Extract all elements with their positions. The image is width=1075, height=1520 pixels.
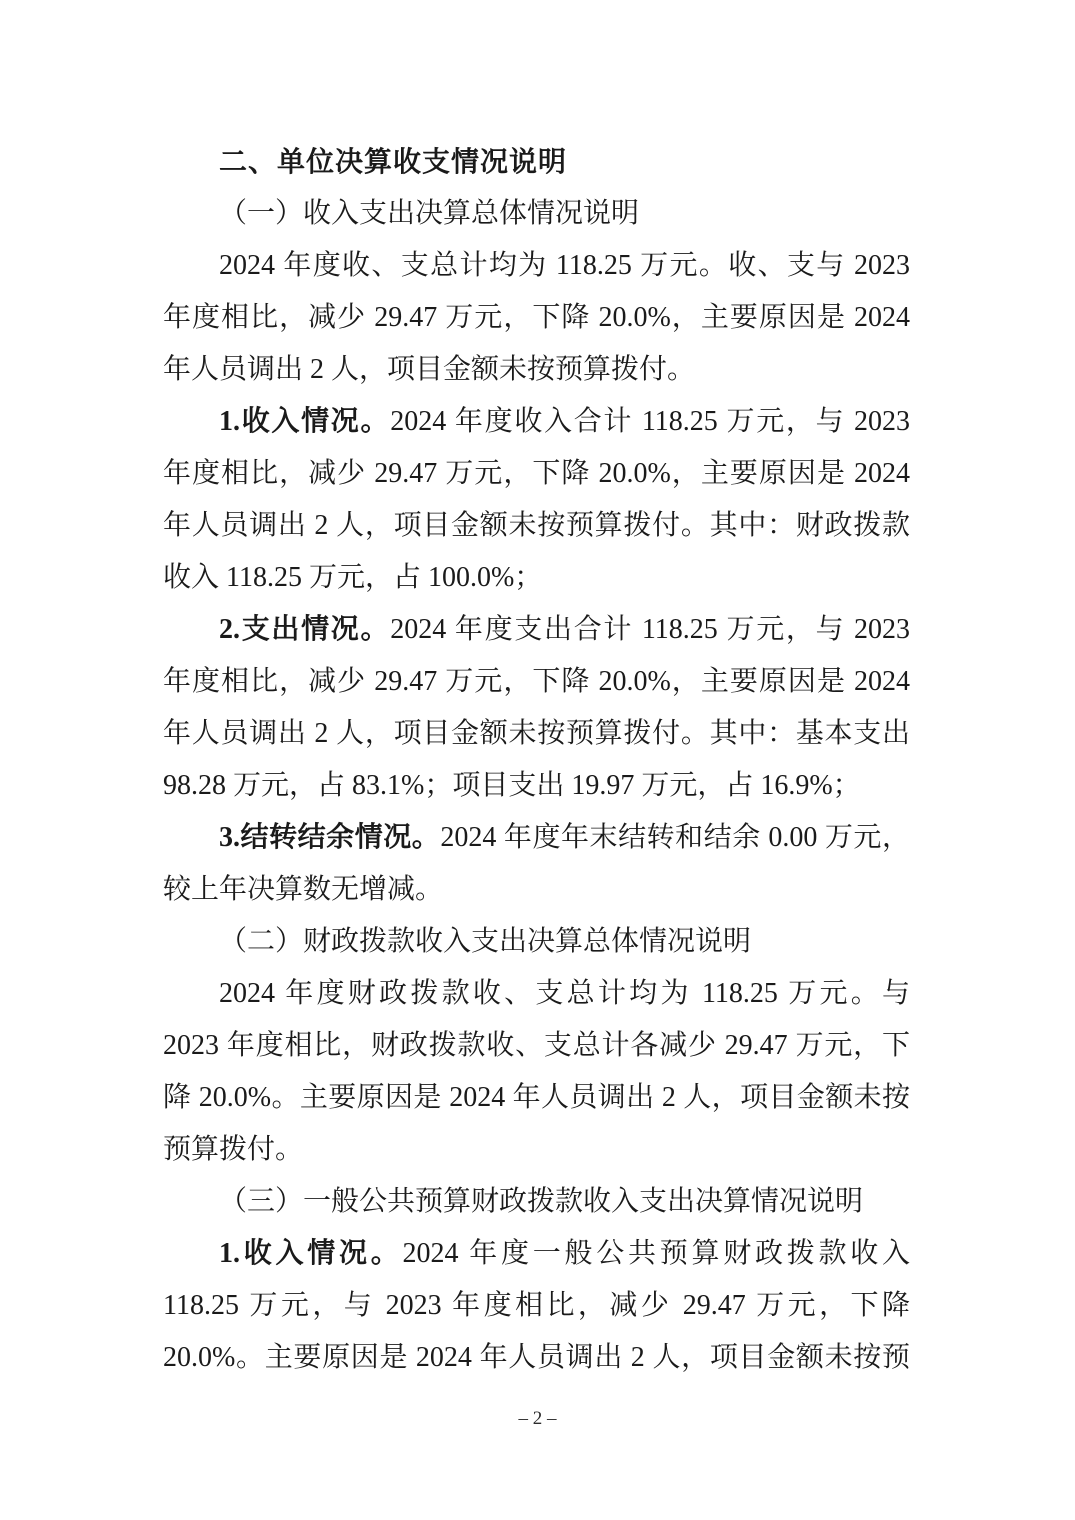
text-run: 年度相比，减少 29.47 万元，下降 20.0%，主要原因是 2024 <box>163 302 910 333</box>
text-line: 2023 年度相比，财政拨款收、支总计各减少 29.47 万元，下 <box>163 1020 910 1072</box>
text-line: （三）一般公共预算财政拨款收入支出决算情况说明 <box>163 1176 910 1228</box>
bold-run: 二、单位决算收支情况说明 <box>219 146 567 177</box>
paragraph: 1.收入情况。2024 年度收入合计 118.25 万元，与 2023年度相比，… <box>163 396 910 604</box>
paragraph: 2024 年度财政拨款收、支总计均为 118.25 万元。与2023 年度相比，… <box>163 968 910 1176</box>
text-run: 98.28 万元，占 83.1%；项目支出 19.97 万元，占 16.9%； <box>163 770 861 801</box>
text-run: 年度相比，减少 29.47 万元，下降 20.0%，主要原因是 2024 <box>163 666 910 697</box>
text-run: 年人员调出 2 人，项目金额未按预算拨付。 <box>163 354 695 385</box>
text-run: 年度相比，减少 29.47 万元，下降 20.0%，主要原因是 2024 <box>163 458 910 489</box>
bold-run: 1.收入情况。 <box>219 1238 403 1269</box>
text-run: 2024 年度支出合计 118.25 万元，与 2023 <box>390 614 910 645</box>
text-run: 20.0%。主要原因是 2024 年人员调出 2 人，项目金额未按预 <box>163 1342 910 1373</box>
sub-heading: （三）一般公共预算财政拨款收入支出决算情况说明 <box>163 1176 910 1228</box>
paragraph: 2.支出情况。2024 年度支出合计 118.25 万元，与 2023年度相比，… <box>163 604 910 812</box>
text-line: 收入 118.25 万元，占 100.0%； <box>163 552 910 604</box>
text-run: 2024 年度收、支总计均为 118.25 万元。收、支与 2023 <box>219 250 910 281</box>
text-line: 1.收入情况。2024 年度一般公共预算财政拨款收入 <box>163 1228 910 1280</box>
text-run: （三）一般公共预算财政拨款收入支出决算情况说明 <box>219 1186 863 1217</box>
text-run: 2023 年度相比，财政拨款收、支总计各减少 29.47 万元，下 <box>163 1030 910 1061</box>
text-run: 预算拨付。 <box>163 1134 303 1165</box>
text-line: 98.28 万元，占 83.1%；项目支出 19.97 万元，占 16.9%； <box>163 760 910 812</box>
text-line: 预算拨付。 <box>163 1124 910 1176</box>
paragraph: 2024 年度收、支总计均为 118.25 万元。收、支与 2023年度相比，减… <box>163 240 910 396</box>
text-run: 收入 118.25 万元，占 100.0%； <box>163 562 542 593</box>
text-line: 3.结转结余情况。2024 年度年末结转和结余 0.00 万元， <box>163 812 910 864</box>
sub-heading: （一）收入支出决算总体情况说明 <box>163 188 910 240</box>
text-run: 较上年决算数无增减。 <box>163 874 443 905</box>
page-number: – 2 – <box>0 1404 1075 1434</box>
text-run: 降 20.0%。主要原因是 2024 年人员调出 2 人，项目金额未按 <box>163 1082 910 1113</box>
text-run: 2024 年度一般公共预算财政拨款收入 <box>403 1238 910 1269</box>
text-line: 2024 年度收、支总计均为 118.25 万元。收、支与 2023 <box>163 240 910 292</box>
text-run: 年人员调出 2 人，项目金额未按预算拨付。其中：财政拨款 <box>163 510 910 541</box>
text-line: 1.收入情况。2024 年度收入合计 118.25 万元，与 2023 <box>163 396 910 448</box>
paragraph: 3.结转结余情况。2024 年度年末结转和结余 0.00 万元，较上年决算数无增… <box>163 812 910 916</box>
text-line: 年度相比，减少 29.47 万元，下降 20.0%，主要原因是 2024 <box>163 292 910 344</box>
text-line: 年度相比，减少 29.47 万元，下降 20.0%，主要原因是 2024 <box>163 448 910 500</box>
text-line: 2024 年度财政拨款收、支总计均为 118.25 万元。与 <box>163 968 910 1020</box>
text-line: 年人员调出 2 人，项目金额未按预算拨付。 <box>163 344 910 396</box>
text-line: 年度相比，减少 29.47 万元，下降 20.0%，主要原因是 2024 <box>163 656 910 708</box>
text-line: 118.25 万元，与 2023 年度相比，减少 29.47 万元，下降 <box>163 1280 910 1332</box>
text-run: 年人员调出 2 人，项目金额未按预算拨付。其中：基本支出 <box>163 718 910 749</box>
text-line: 二、单位决算收支情况说明 <box>163 136 910 188</box>
text-line: 较上年决算数无增减。 <box>163 864 910 916</box>
text-line: 降 20.0%。主要原因是 2024 年人员调出 2 人，项目金额未按 <box>163 1072 910 1124</box>
paragraph: 1.收入情况。2024 年度一般公共预算财政拨款收入118.25 万元，与 20… <box>163 1228 910 1384</box>
text-run: （二）财政拨款收入支出决算总体情况说明 <box>219 926 751 957</box>
page: 二、单位决算收支情况说明（一）收入支出决算总体情况说明2024 年度收、支总计均… <box>0 0 1075 1520</box>
bold-run: 3.结转结余情况。 <box>219 822 440 853</box>
text-run: 2024 年度财政拨款收、支总计均为 118.25 万元。与 <box>219 978 910 1009</box>
text-line: 2.支出情况。2024 年度支出合计 118.25 万元，与 2023 <box>163 604 910 656</box>
text-run: 2024 年度年末结转和结余 0.00 万元， <box>440 822 910 853</box>
text-line: 年人员调出 2 人，项目金额未按预算拨付。其中：基本支出 <box>163 708 910 760</box>
section-heading: 二、单位决算收支情况说明 <box>163 136 910 188</box>
text-line: （二）财政拨款收入支出决算总体情况说明 <box>163 916 910 968</box>
text-line: 20.0%。主要原因是 2024 年人员调出 2 人，项目金额未按预 <box>163 1332 910 1384</box>
sub-heading: （二）财政拨款收入支出决算总体情况说明 <box>163 916 910 968</box>
document-content: 二、单位决算收支情况说明（一）收入支出决算总体情况说明2024 年度收、支总计均… <box>163 136 910 1384</box>
bold-run: 2.支出情况。 <box>219 614 390 645</box>
text-line: 年人员调出 2 人，项目金额未按预算拨付。其中：财政拨款 <box>163 500 910 552</box>
text-run: 2024 年度收入合计 118.25 万元，与 2023 <box>390 406 910 437</box>
bold-run: 1.收入情况。 <box>219 406 390 437</box>
text-run: （一）收入支出决算总体情况说明 <box>219 198 639 229</box>
text-run: 118.25 万元，与 2023 年度相比，减少 29.47 万元，下降 <box>163 1290 910 1321</box>
text-line: （一）收入支出决算总体情况说明 <box>163 188 910 240</box>
